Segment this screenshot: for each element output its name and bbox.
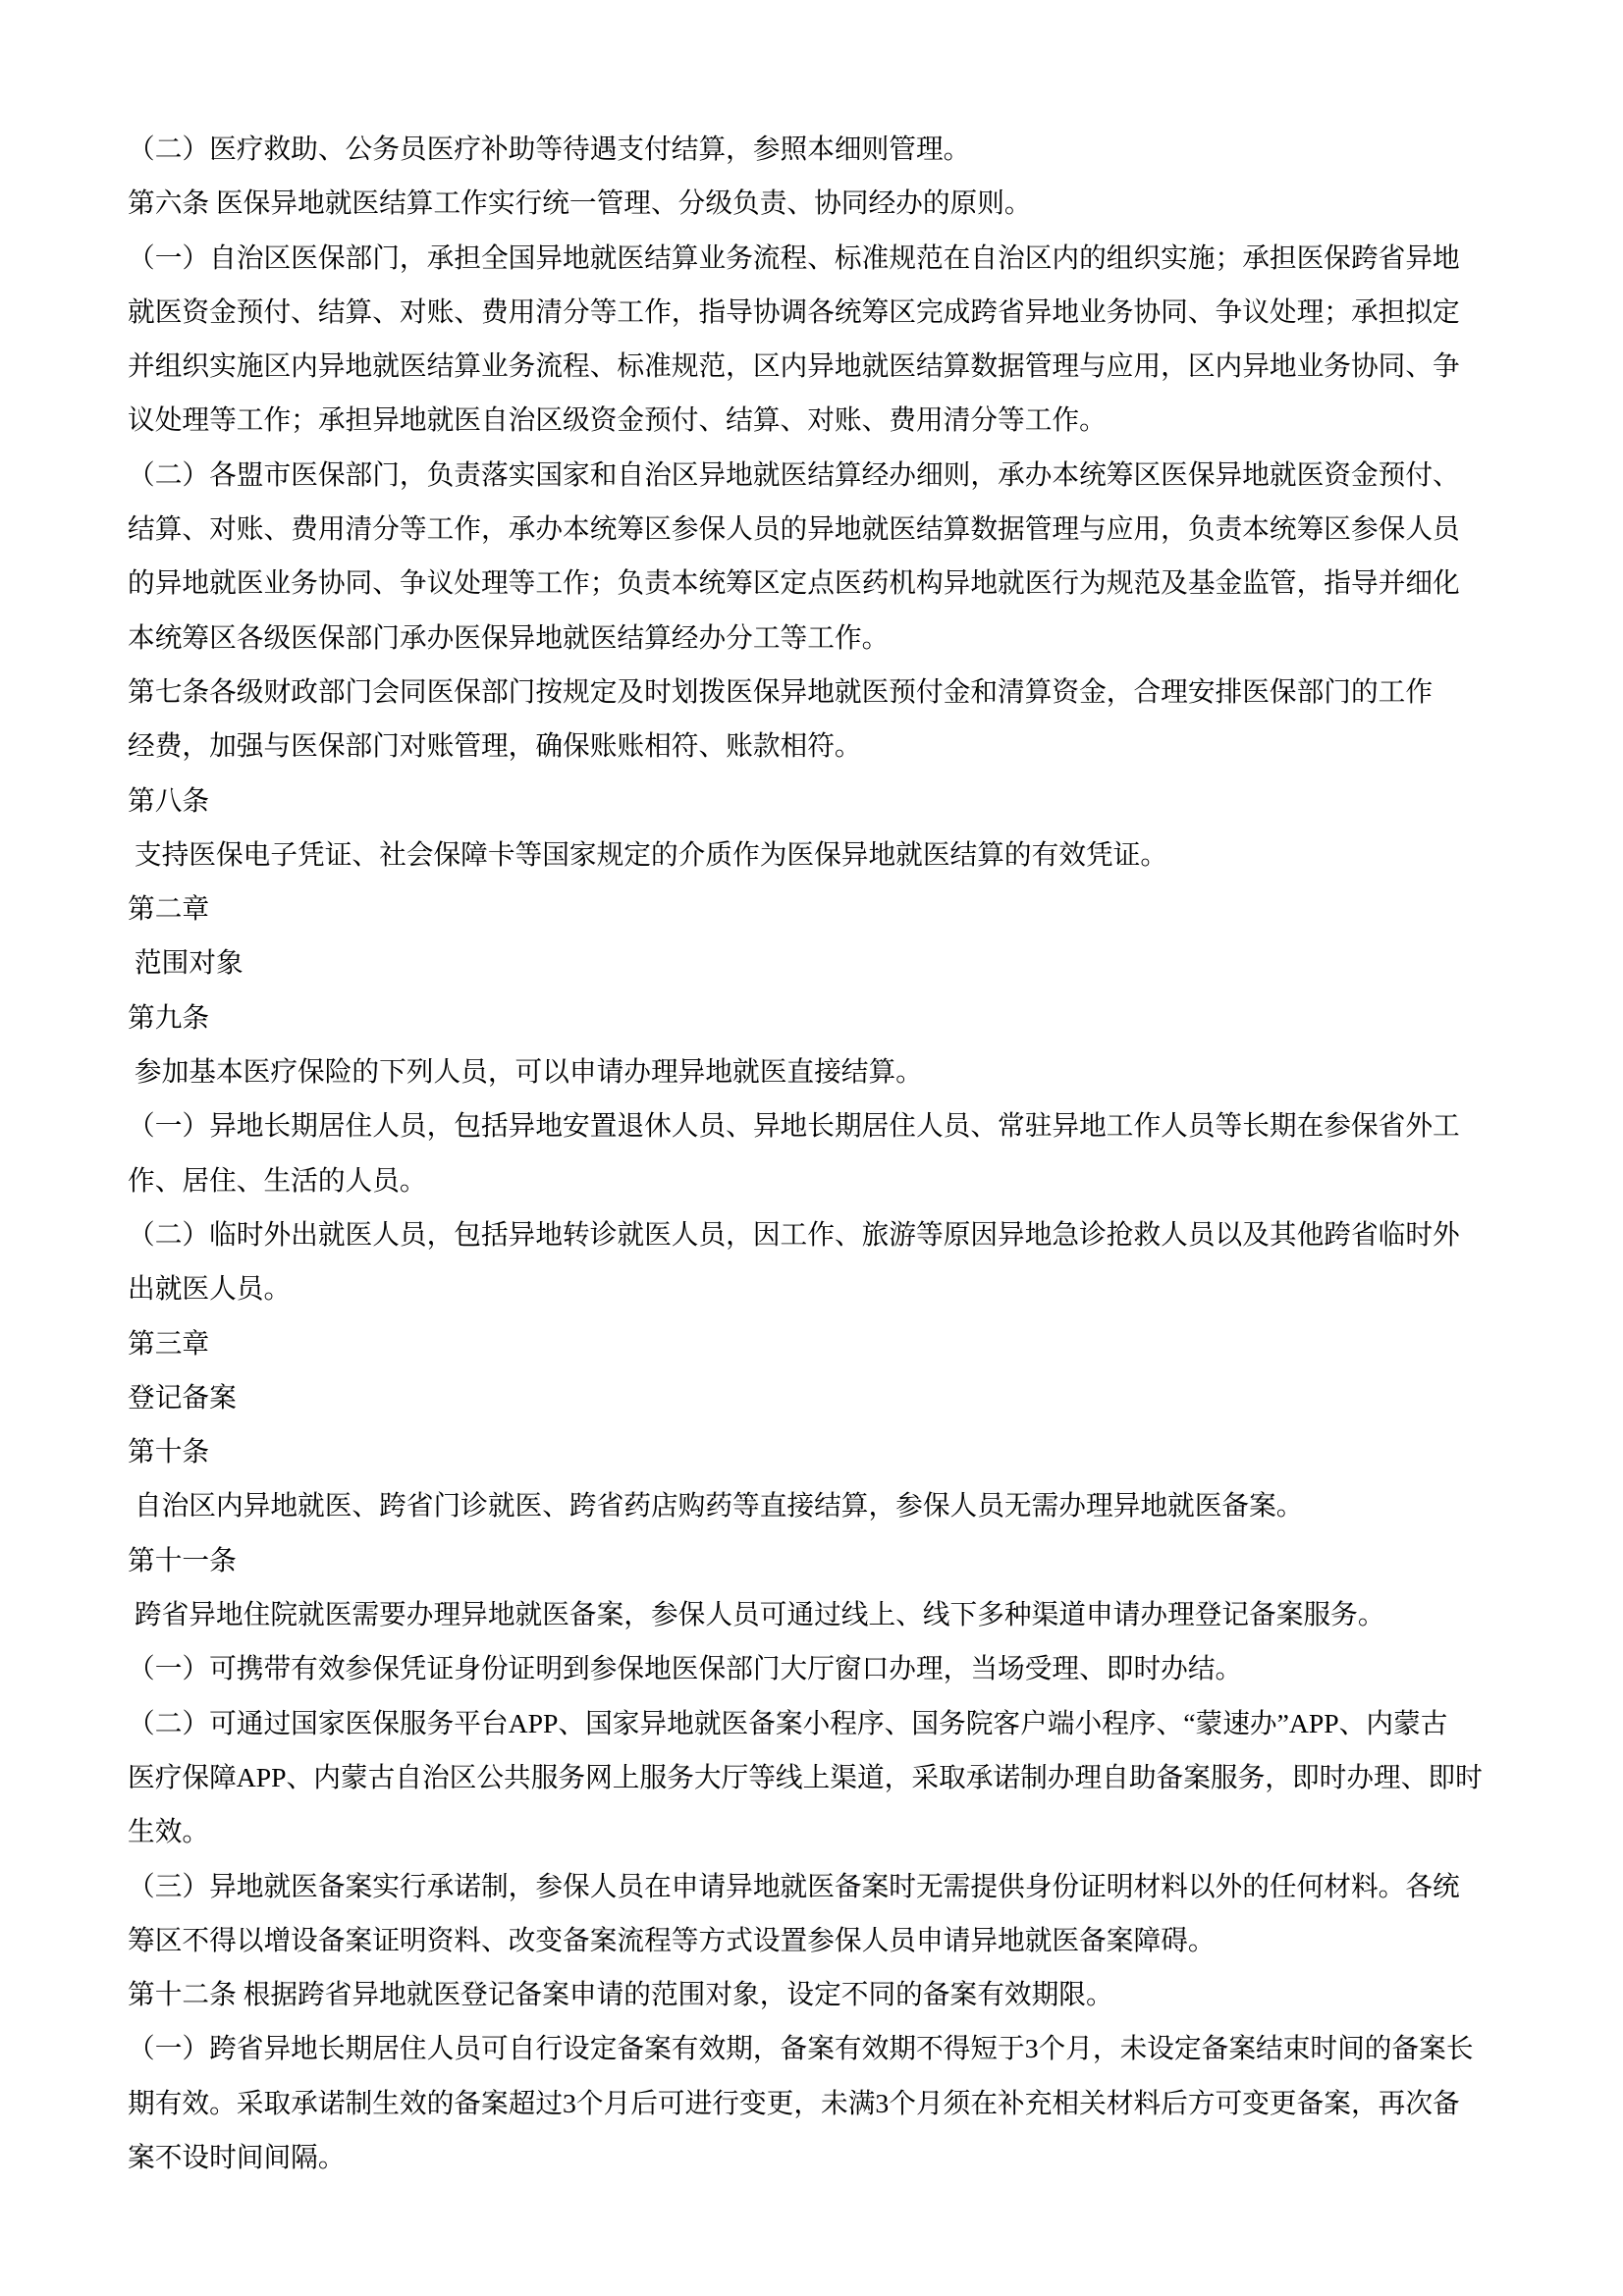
text-line: 医疗保障APP、内蒙古自治区公共服务网上服务大厅等线上渠道，采取承诺制办理自助备…	[128, 1750, 1505, 1804]
text-line: （一）自治区医保部门，承担全国异地就医结算业务流程、标准规范在自治区内的组织实施…	[128, 231, 1505, 285]
document-body: （二）医疗救助、公务员医疗补助等待遇支付结算，参照本细则管理。第六条 医保异地就…	[0, 0, 1623, 2296]
text-line: 支持医保电子凭证、社会保障卡等国家规定的介质作为医保异地就医结算的有效凭证。	[128, 828, 1505, 881]
text-line: （二）医疗救助、公务员医疗补助等待遇支付结算，参照本细则管理。	[128, 122, 1505, 176]
text-line: 自治区内异地就医、跨省门诊就医、跨省药店购药等直接结算，参保人员无需办理异地就医…	[128, 1478, 1505, 1532]
text-line: 出就医人员。	[128, 1261, 1505, 1315]
text-line: 筹区不得以增设备案证明资料、改变备案流程等方式设置参保人员申请异地就医备案障碍。	[128, 1913, 1505, 1967]
text-line: 期有效。采取承诺制生效的备案超过3个月后可进行变更，未满3个月须在补充相关材料后…	[128, 2076, 1505, 2130]
text-line: 参加基本医疗保险的下列人员，可以申请办理异地就医直接结算。	[128, 1044, 1505, 1098]
text-line: 结算、对账、费用清分等工作，承办本统筹区参保人员的异地就医结算数据管理与应用，负…	[128, 502, 1505, 556]
text-line: 的异地就医业务协同、争议处理等工作；负责本统筹区定点医药机构异地就医行为规范及基…	[128, 556, 1505, 610]
text-line: （二）可通过国家医保服务平台APP、国家异地就医备案小程序、国务院客户端小程序、…	[128, 1696, 1505, 1750]
text-line: 本统筹区各级医保部门承办医保异地就医结算经办分工等工作。	[128, 611, 1505, 665]
text-line: 就医资金预付、结算、对账、费用清分等工作，指导协调各统筹区完成跨省异地业务协同、…	[128, 285, 1505, 339]
text-line: 第九条	[128, 990, 1505, 1044]
text-line: 第六条 医保异地就医结算工作实行统一管理、分级负责、协同经办的原则。	[128, 176, 1505, 230]
document-page: { "page": { "background_color": "#ffffff…	[0, 0, 1623, 2296]
text-line: 范围对象	[128, 935, 1505, 989]
text-line: 经费，加强与医保部门对账管理，确保账账相符、账款相符。	[128, 719, 1505, 773]
text-line: （二）临时外出就医人员，包括异地转诊就医人员，因工作、旅游等原因异地急诊抢救人员…	[128, 1207, 1505, 1261]
text-line: （一）跨省异地长期居住人员可自行设定备案有效期，备案有效期不得短于3个月，未设定…	[128, 2021, 1505, 2075]
text-line: 跨省异地住院就医需要办理异地就医备案，参保人员可通过线上、线下多种渠道申请办理登…	[128, 1587, 1505, 1641]
text-line: 第十一条	[128, 1533, 1505, 1587]
text-line: （二）各盟市医保部门，负责落实国家和自治区异地就医结算经办细则，承办本统筹区医保…	[128, 448, 1505, 502]
text-line: （一）异地长期居住人员，包括异地安置退休人员、异地长期居住人员、常驻异地工作人员…	[128, 1098, 1505, 1152]
text-line: 登记备案	[128, 1370, 1505, 1424]
text-line: 第十二条 根据跨省异地就医登记备案申请的范围对象，设定不同的备案有效期限。	[128, 1967, 1505, 2021]
text-line: 并组织实施区内异地就医结算业务流程、标准规范，区内异地就医结算数据管理与应用，区…	[128, 339, 1505, 393]
text-line: 第八条	[128, 774, 1505, 828]
text-line: （三）异地就医备案实行承诺制，参保人员在申请异地就医备案时无需提供身份证明材料以…	[128, 1859, 1505, 1913]
text-line: 议处理等工作；承担异地就医自治区级资金预付、结算、对账、费用清分等工作。	[128, 393, 1505, 447]
text-line: （一）可携带有效参保凭证身份证明到参保地医保部门大厅窗口办理，当场受理、即时办结…	[128, 1641, 1505, 1695]
text-line: 第十条	[128, 1424, 1505, 1478]
text-line: 生效。	[128, 1804, 1505, 1858]
text-line: 第七条各级财政部门会同医保部门按规定及时划拨医保异地就医预付金和清算资金，合理安…	[128, 665, 1505, 719]
text-line: 作、居住、生活的人员。	[128, 1153, 1505, 1207]
text-line: 第三章	[128, 1316, 1505, 1370]
text-line: 案不设时间间隔。	[128, 2130, 1505, 2184]
text-line: 第二章	[128, 881, 1505, 935]
